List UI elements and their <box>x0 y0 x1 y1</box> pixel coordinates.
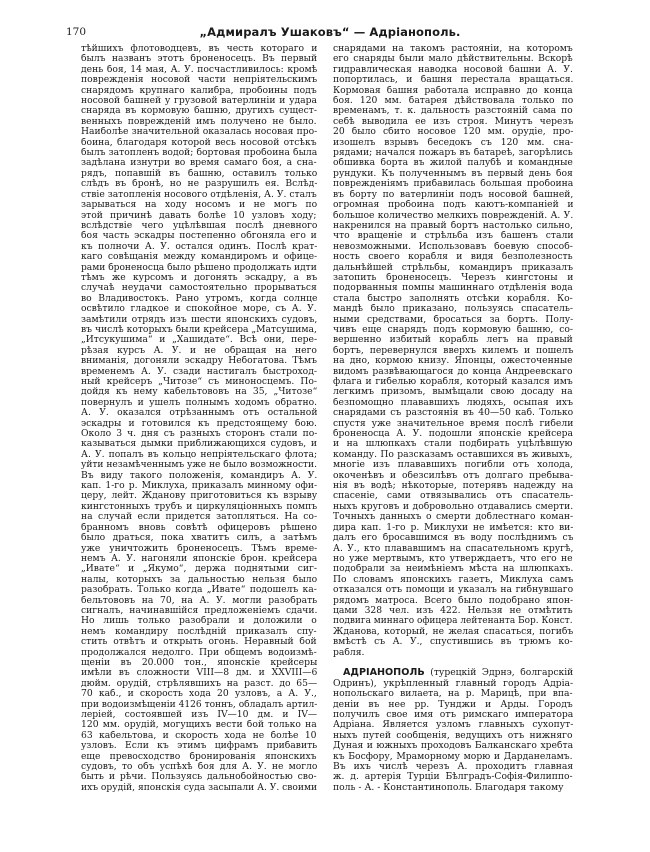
text-line: ихъ орудій, японскія суда засыпали А. У.… <box>81 783 317 793</box>
text-line: ность своего корабля и видя безполезност… <box>333 252 573 262</box>
text-line: 20 было сбито носовое 120 мм. орудіе, пр… <box>333 127 573 137</box>
text-line: ж. д. артерія Турціи Бѣлградъ-Софія-Фили… <box>333 772 573 782</box>
text-line: подорванныя помпы машиннаго отдѣленія во… <box>333 283 573 293</box>
text-line: отказался отъ помощи и указалъ на гибнув… <box>333 585 573 595</box>
text-line: вниманія, догоняли эскадру Небогатова. Т… <box>81 356 317 366</box>
text-line: ными средствами, бросаться за бортъ. Пол… <box>333 315 573 325</box>
text-line: дойдя къ нему кабельтововъ на 35, „Читоз… <box>81 387 317 397</box>
text-line: судовъ, то объ успѣхѣ боя для А. У. не м… <box>81 762 317 772</box>
text-line: рабля. <box>333 648 573 658</box>
text-line: Дуная и южныхъ проходовъ Балканскаго хре… <box>333 741 573 751</box>
text-line: немъ командиру послѣдній приказалъ спу- <box>81 627 317 637</box>
text-line: ныхъ круговъ и добровольно отдавались см… <box>333 502 573 512</box>
text-line: при водоизмѣщеніи 4126 тоннъ, обладалъ а… <box>81 700 317 710</box>
text-line: подобрали за неимѣніемъ мѣста на шлюпках… <box>333 564 573 574</box>
text-line: ныхъ путей сообщенія, ведущихъ отъ нижня… <box>333 731 573 741</box>
text-line: уже уничтожить броненосецъ. Тѣмъ време- <box>81 544 317 554</box>
right-column: снарядами на такомъ растояніи, на которо… <box>333 44 573 793</box>
text-line: сигналъ, начинавшійся предложеніемъ сдач… <box>81 606 317 616</box>
text-line: освѣтило гладкое и спокойное море, съ А.… <box>81 304 317 314</box>
text-line: боя. 120 мм. батарея дѣйствовала только … <box>333 96 573 106</box>
text-line: тѣйшихъ флотоводцевъ, въ честь котораго … <box>81 44 317 54</box>
text-line: Адріана. Является узломъ главныхъ сухопу… <box>333 720 573 730</box>
left-column: тѣйшихъ флотоводцевъ, въ честь котораго … <box>81 44 317 793</box>
text-line: день боя, 14 мая, А. У. посчастливилось:… <box>81 65 317 75</box>
text-line: тѣмъ же курсомъ и догонять эскадру, а въ <box>81 273 317 283</box>
text-line: вслѣдствіе чего уцѣлѣвшая послѣ дневного <box>81 221 317 231</box>
text-line: рундуки. Къ полученнымъ въ первый день б… <box>333 169 573 179</box>
article-continuation: снарядами на такомъ растояніи, на которо… <box>333 44 573 658</box>
text-line: дальнѣйшей стрѣльбы, командиръ приказалъ <box>333 263 573 273</box>
text-line: спустя уже значительное время послѣ гибе… <box>333 419 573 429</box>
text-line: Въ ихъ числѣ черезъ А. проходитъ главная <box>333 762 573 772</box>
text-line: немъ А. У. нагоняли японскіе брон. крейс… <box>81 554 317 564</box>
text-line: спасеніе, сами отвязывались отъ спасател… <box>333 491 573 501</box>
text-line: 70 каб., и скорость хода 20 узловъ, а А.… <box>81 689 317 699</box>
text-line: замѣтили отрядъ изъ шести японскихъ судо… <box>81 315 317 325</box>
text-line: Но лишь только разобрали и доложили о <box>81 616 317 626</box>
text-line: бортъ, перевернулся вверхъ килемъ и поше… <box>333 346 573 356</box>
text-line: быть и рѣчи. Пользуясь дальнобойностью с… <box>81 772 317 782</box>
text-line: но уже мертвымъ, кто утверждаетъ, что ег… <box>333 554 573 564</box>
text-line: гидравлическая наводка носовой башни А. … <box>333 65 573 75</box>
text-line: Наиболѣе значительной оказалась носовая … <box>81 127 317 137</box>
text-line: рядомъ матроса. Всего было подобрано япо… <box>333 596 573 606</box>
text-line: былъ названъ этотъ броненосецъ. Въ первы… <box>81 54 317 64</box>
text-line: большое количество мелкихъ поврежденій. … <box>333 211 573 221</box>
text-line: кингстонныхъ трубъ и циркуляціонныхъ пом… <box>81 502 317 512</box>
entry-first-line: АДРІАНОПОЛЬ (турецкій Эдрнэ, болгарскій <box>333 668 573 678</box>
text-line: Около 3 ч. дня съ разныхъ сторонъ стали … <box>81 429 317 439</box>
text-line: далъ его бросавшимся въ воду послѣднимъ … <box>333 533 573 543</box>
text-line: окоченѣвъ и обезсилѣвъ отъ долгаго пребы… <box>333 471 573 481</box>
running-head: „Адмиралъ Ушаковъ“ — Адріанополь. <box>0 25 650 39</box>
article-adrianople: АДРІАНОПОЛЬ (турецкій Эдрнэ, болгарскій … <box>333 668 573 793</box>
text-line: налы, которыхъ за дальностью нельзя было <box>81 575 317 585</box>
text-line: венныхъ поврежденій имъ получено не было… <box>81 117 317 127</box>
text-line: ный крейсеръ „Читозе“ съ миноносцемъ. По… <box>81 377 317 387</box>
text-line: зарываться на ходу носомъ и не могъ по <box>81 200 317 210</box>
text-line: А. У. оказался отрѣзаннымъ отъ остальной <box>81 408 317 418</box>
text-line: рами броненосца было рѣшено продолжать и… <box>81 263 317 273</box>
text-line: поль - А. - Константинополь. Благодаря т… <box>333 783 573 793</box>
text-line: попортилась, и башня перестала вращаться… <box>333 75 573 85</box>
text-line: что вращеніе и стрѣльба изъ башенъ стали <box>333 231 573 241</box>
text-line: къ Босфору, Мраморному морю и Дарданелам… <box>333 752 573 762</box>
text-line: накренился на правый бортъ настолько сил… <box>333 221 573 231</box>
text-line: Кормовая башня работала исправно до конц… <box>333 86 573 96</box>
text-line: имѣли въ сложности VIII—8 дм. и XXVIII—6 <box>81 668 317 678</box>
text-line: себѣ выводила ее изъ строя. Минутъ через… <box>333 117 573 127</box>
text-line: во Владивостокъ. Рано утромъ, когда солн… <box>81 294 317 304</box>
text-line: еще превосходство бронированія японскихъ <box>81 752 317 762</box>
text-line: узловъ. Если къ этимъ цифрамъ прибавить <box>81 741 317 751</box>
text-line: получилъ свое имя отъ римскаго император… <box>333 710 573 720</box>
text-line: кап. 1-го р. Миклуха, приказалъ минному … <box>81 481 317 491</box>
text-line: цами 328 чел. изъ 422. Нельзя не отмѣтит… <box>333 606 573 616</box>
text-line: боя часть эскадры постепенно обгоняла ег… <box>81 231 317 241</box>
text-line: снаряда въ кормовую башню, другихъ сущес… <box>81 106 317 116</box>
text-line: А. У., кто плававшимъ на спасательномъ к… <box>333 544 573 554</box>
text-line: бранномъ вновь совѣтѣ офицеровъ рѣшено <box>81 523 317 533</box>
text-line: каго совѣщанія между командиромъ и офице… <box>81 252 317 262</box>
text-line: эскадры и готовился къ предстоящему бою. <box>81 419 317 429</box>
text-line: вмѣстѣ съ А. У., спустившись въ трюмъ ко… <box>333 637 573 647</box>
text-line: легкимъ призомъ, вымѣщали свою досаду на <box>333 387 573 397</box>
text-line: на случай если придется затопляться. На … <box>81 512 317 522</box>
text-line: Жданова, который, не желая спасаться, по… <box>333 627 573 637</box>
text-line: бельтововъ на 70, на А. У. могли разобра… <box>81 596 317 606</box>
text-line: невозможными. Использовавъ боевую способ… <box>333 242 573 252</box>
text-line: изошелъ взрывъ беседокъ съ 120 мм. сна- <box>333 138 573 148</box>
text-line: стала быстро заполнять отсѣки корабля. К… <box>333 294 573 304</box>
text-line: леріей, состоявшей изъ IV—10 дм. и IV— <box>81 710 317 720</box>
text-line: было драться, пока хватитъ силъ, а затѣм… <box>81 533 317 543</box>
text-line: рядами; начался пожаръ въ батареѣ, загор… <box>333 148 573 158</box>
text-line: стить отвѣтъ и открыть огонь. Неравный б… <box>81 637 317 647</box>
text-line: По словамъ японскихъ газетъ, Миклуха сам… <box>333 575 573 585</box>
text-line: поврежденіямъ прибавилась большая пробои… <box>333 179 573 189</box>
text-line: продолжался недолго. При общемъ водоизмѣ… <box>81 648 317 658</box>
text-line: команду. По разсказамъ оставшихся въ жив… <box>333 450 573 460</box>
text-line: носовой башней у грузовой ватерлиніи и у… <box>81 96 317 106</box>
text-line: Въ виду такого положенія, командиръ А. У… <box>81 471 317 481</box>
text-line: чивъ еще снарядъ подъ кормовую башню, со… <box>333 325 573 335</box>
text-line: слѣдъ въ бронѣ, но не разрушилъ ея. Вслѣ… <box>81 179 317 189</box>
text-line: огромная пробоина подъ каютъ-компаніей и <box>333 200 573 210</box>
text-line: ствіе затопленія носового отдѣленія, А. … <box>81 190 317 200</box>
text-line: снарядами съ разстоянія въ 40—50 каб. То… <box>333 408 573 418</box>
text-line: снарядомъ крупнаго калибра, пробоины под… <box>81 86 317 96</box>
text-line: флага и гибелью корабля, который казался… <box>333 377 573 387</box>
entry-body: Одринъ), укрѣпленный главный городъ Адрі… <box>333 679 573 793</box>
text-line: въ числѣ которыхъ были крейсера „Матсуши… <box>81 325 317 335</box>
text-line: снарядами на такомъ растояніи, на которо… <box>333 44 573 54</box>
text-line: нія въ водѣ; нѣкоторые, потерявъ надежду… <box>333 481 573 491</box>
text-line: многіе изъ плававшихъ погибли отъ холода… <box>333 460 573 470</box>
text-line: вершенно избитый корабль легъ на правый <box>333 335 573 345</box>
text-line: безпомощно плававшихъ людяхъ, осыпая ихъ <box>333 398 573 408</box>
text-line: въ борту по ватерлиніи подъ носовой башн… <box>333 190 573 200</box>
text-line: „Ивате“ и „Якумо“, держа поднятыми сиг- <box>81 564 317 574</box>
entry-headword: АДРІАНОПОЛЬ <box>343 668 425 678</box>
text-line: уйти незамѣченнымъ уже не было возможнос… <box>81 460 317 470</box>
text-line: щеніи въ 20.000 тон., японскіе крейсеры <box>81 658 317 668</box>
text-line: былъ затопленъ водой; бортовая пробоина … <box>81 148 317 158</box>
text-line: мандѣ было приказано, пользуясь спасател… <box>333 304 573 314</box>
text-line: 63 кабельтова, и скорость хода не болѣе … <box>81 731 317 741</box>
text-line: и на шлюпкахъ стали подбирать уцѣлѣвшую <box>333 439 573 449</box>
text-line: казываться дымки приближающихся судовъ, … <box>81 439 317 449</box>
text-line: церу, лейт. Жданову приготовиться къ взр… <box>81 491 317 501</box>
text-line: Точныхъ данныхъ о смерти доблестнаго ком… <box>333 512 573 522</box>
text-line: А. У. попалъ въ кольцо непріятельскаго ф… <box>81 450 317 460</box>
text-line: затопить броненосецъ. Черезъ кингстоны и <box>333 273 573 283</box>
text-line: деніи въ нее рр. Тунджи и Арды. Городъ <box>333 700 573 710</box>
text-line: этой причинѣ давать болѣе 10 узловъ ходу… <box>81 211 317 221</box>
text-line: обшивка борта въ жилой палубѣ и командны… <box>333 158 573 168</box>
text-line: броненосца А. У. подошли японскіе крейсе… <box>333 429 573 439</box>
text-line: къ полночи А. У. остался одинъ. Послѣ кр… <box>81 242 317 252</box>
text-line: дюйм. орудій, стрѣлявшихъ на разст. до 6… <box>81 679 317 689</box>
text-line: разобрать. Только когда „Ивате“ подошелъ… <box>81 585 317 595</box>
text-line: временемъ А. У. сзади настигалъ быстрохо… <box>81 367 317 377</box>
text-line: видомъ развѣвающагося до конца Андреевск… <box>333 367 573 377</box>
text-line: подвига миннаго офицера лейтенанта Бор. … <box>333 616 573 626</box>
text-line: Одринъ), укрѣпленный главный городъ Адрі… <box>333 679 573 689</box>
text-line: рѣзая курсъ А. У. и не обращая на него <box>81 346 317 356</box>
text-line: на дно, кормою книзу. Японцы, ожесточенн… <box>333 356 573 366</box>
text-line: задѣлана изнутри во время самаго боя, а … <box>81 158 317 168</box>
text-line: повернулъ и ушелъ полнымъ ходомъ обратно… <box>81 398 317 408</box>
text-line: временамъ, т. к. дальность разстояній са… <box>333 106 573 116</box>
entry-first-line-text: (турецкій Эдрнэ, болгарскій <box>425 668 573 678</box>
text-line: поврежденія носовой части непріятельским… <box>81 75 317 85</box>
text-line: боина, благодаря которой весь носовой от… <box>81 138 317 148</box>
text-line: случаѣ неудачи самостоятельно прорыватьс… <box>81 283 317 293</box>
text-line: „Итсукушима“ и „Хашидате“. Всѣ они, пере… <box>81 335 317 345</box>
text-line: рядъ, попавшій въ башню, оставилъ только <box>81 169 317 179</box>
text-line: нопольскаго вилаета, на р. Марицѣ, при в… <box>333 689 573 699</box>
text-line: его снаряды были мало дѣйствительны. Вск… <box>333 54 573 64</box>
entry-gap <box>333 658 573 668</box>
text-line: 120 мм. орудій, могущихъ вести бой тольк… <box>81 720 317 730</box>
text-line: дира кап. 1-го р. Миклухи не имѣется: кт… <box>333 523 573 533</box>
